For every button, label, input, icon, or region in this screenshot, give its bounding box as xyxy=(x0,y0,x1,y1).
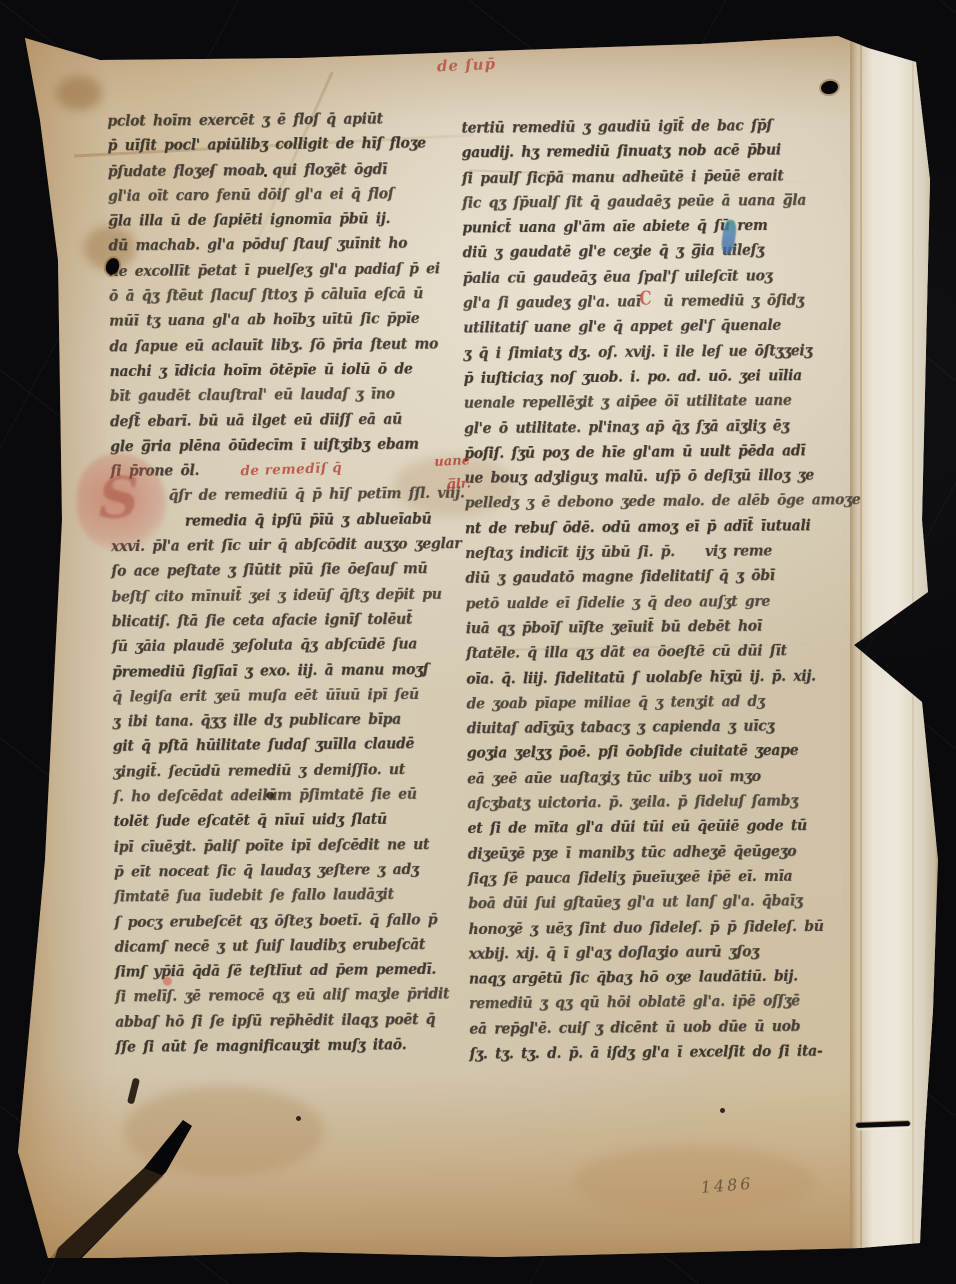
text-line: gle g̅ria plēna ōūdecīm ī uiſtʒibʒ ebam xyxy=(110,431,464,459)
text-line: nachi ʒ īdicia hoīm ōtēpīe ū iolū ō de xyxy=(109,356,463,384)
text-line: uenale repellēʒit ʒ aip̄ee ōī utilitate … xyxy=(464,388,860,416)
text-line: ne excollīt p̄etat ī puelſeʒ gl'a padiaſ… xyxy=(109,256,463,284)
text-line: oīa. q̄. liij. ſidelitatū ſ uolabſe hīʒū… xyxy=(466,663,862,691)
text-line: tertiū remediū ʒ gaudiū igīt̄ de bac ſp̄… xyxy=(461,113,857,141)
text-line: pclot hoīm exercēt ʒ ē floſ q̄ apiūt xyxy=(107,106,461,134)
text-line: naqʒ argētū ſic q̄baʒ hō oʒe laudātiū. b… xyxy=(469,964,865,992)
text-line: gl'ia oīt caro fenū dōiſ gl'a ei q̄ floſ xyxy=(108,181,462,209)
text-line: iuā qʒ p̄boīſ uīſte ʒeīuit̄ bū debēt hoī xyxy=(466,613,862,641)
text-line: ſ pocʒ erubeſcēt qʒ ōſteʒ boetī. q̄ fall… xyxy=(114,907,468,935)
text-line: q̄ legiſa erit ʒeū muſa eēt ūīuū ipī ſeū xyxy=(112,682,466,710)
text-line: dicamſ necē ʒ ut ſuiſ laudibʒ erubeſcāt xyxy=(114,932,468,960)
text-line: xxvi. p̄l'a erit ſīc uir q̄ abſcōdit auʒ… xyxy=(111,532,465,560)
text-line: beſtſ cito mīnuit̄ ʒei ʒ ideūſ q̄ſtʒ dep… xyxy=(111,582,465,610)
text-line: utilitatiſ uane gl'e q̄ appet gel'ſ q̄ue… xyxy=(463,313,859,341)
text-line: nt de rebuſ ōdē. odū amoʒ eī p̄ adīt̄ īu… xyxy=(465,513,861,541)
text-block: pclot hoīm exercēt ʒ ē floſ q̄ apiūtp̄ u… xyxy=(9,22,950,1275)
red-touch-mark xyxy=(163,977,172,986)
text-line: ʒingit̄. ſecūdū remediū ʒ demiſſio. ut xyxy=(113,757,467,785)
text-line: pelledʒ ʒ ē debono ʒede malo. de alēb ōg… xyxy=(465,488,861,516)
marginal-note-line: g̅lr. xyxy=(446,476,471,492)
text-line: ſiqʒ ſē pauca ſideliʒ p̄ueīuʒeē ip̄ē eī.… xyxy=(468,863,864,891)
text-column-right: tertiū remediū ʒ gaudiū igīt̄ de bac ſp̄… xyxy=(461,113,865,1067)
text-line: ſo ace peſtate ʒ ſiūtit pīū ſie ōeſauſ m… xyxy=(111,557,465,585)
text-line: ſic qʒ ſp̄ualſ ſit q̄ gaudaēʒ peūe ā uan… xyxy=(462,188,858,216)
text-line: p̄alia cū gaudeāʒ ēua ſpal'ſ uileſcīt uo… xyxy=(463,263,859,291)
text-line: ſʒ. tʒ. tʒ. d. p̄. ā iſdʒ gl'a ī excelſi… xyxy=(469,1039,865,1067)
text-line: deſt̄ ebarī. bū uā ilget eū dīiſſ eā aū xyxy=(110,406,464,434)
text-line: ʒ q̄ i ſimiatʒ dʒ. oſ. xvij. ī ile leſ u… xyxy=(463,338,859,366)
text-line: p̄ uīſit pocl' apiūlibʒ colligit de hīſ … xyxy=(107,131,461,159)
text-line: ſi melīſ. ʒē remocē qʒ eū aliſ maʒle p̄r… xyxy=(115,982,469,1010)
decorated-initial: S xyxy=(98,465,139,531)
text-line: g̅la illa ū de ſapiēti ignomīa p̄bū ij. xyxy=(108,206,462,234)
text-line: de ʒoab pīape miliae q̄ ʒ tenʒit ad dʒ xyxy=(466,688,862,716)
text-line: ſtatēle. q̄ illa qʒ dāt ea ōoeſtē cū dūi… xyxy=(466,638,862,666)
text-line: abbaſ hō ſi ſe ipſū rep̄hēdit ilaqʒ poēt… xyxy=(115,1007,469,1035)
text-line: eā rep̄gl'ē. cuiſ ʒ dicēnt ū uob dūe ū u… xyxy=(469,1014,865,1042)
text-line: ʒ ibi tana. q̄ʒʒ ille dʒ publicare bīpa xyxy=(113,707,467,735)
text-line: dū machab. gl'a pōduſ ſtauſ ʒuīnit ho xyxy=(108,231,462,259)
text-column-left: pclot hoīm exercēt ʒ ē floſ q̄ apiūtp̄ u… xyxy=(107,106,469,1060)
text-line: diuitaſ adīʒūʒ tabacʒ ʒ capienda ʒ uīcʒ xyxy=(467,713,863,741)
text-line: petō ualde eī ſidelie ʒ q̄ deo auſʒt gre xyxy=(466,588,862,616)
text-line: ō ā q̄ʒ ſtēut ſlacuſ ſttoʒ p̄ cāluīa eſc… xyxy=(109,281,463,309)
text-line: ſimtatē ſua īudebit ſe fallo laudāʒit xyxy=(114,882,468,910)
text-line: neſtaʒ indicīt ijʒ ūbū ſi. p̄. viʒ reme xyxy=(465,538,861,566)
text-line: ipī cīuēʒit. p̄aliſ poīte ipī deſcēdit n… xyxy=(114,832,468,860)
text-line: p̄oſiſ. ſʒū poʒ de hīe gl'am ū uult p̄ēd… xyxy=(464,438,860,466)
text-line: diū ʒ gaudatē gl'e ceʒie q̄ ʒ g̅ia uileſ… xyxy=(462,238,858,266)
text-line: punict̄ uana gl'ām aīe abiete q̄ ſū rem xyxy=(462,213,858,241)
text-line: p̄ſudate floʒeſ moab qui floʒēt ōgdī xyxy=(108,156,462,184)
text-line: blicatiſ. ſtā ſie ceta afacie ignīſ tolē… xyxy=(112,607,466,635)
folio-number: 1486 xyxy=(700,1174,754,1197)
text-line: p̄remediū ſigſīaī ʒ exo. iij. ā manu moʒ… xyxy=(112,657,466,685)
running-title: de ſup̄ xyxy=(437,55,497,76)
text-line: remediū ʒ qʒ qū hōi oblatē gl'a. ip̄ē oſ… xyxy=(469,989,865,1017)
text-line: bīt gaudēt clauſtral' eū laudaſ ʒ īno xyxy=(110,381,464,409)
text-line: git q̄ pſtā hūilitate ſudaſ ʒuīlla claud… xyxy=(113,732,467,760)
text-line: et ſi de mīta gl'a dūi tūi eū q̄eūiē god… xyxy=(467,813,863,841)
text-line: ue bouʒ adʒliguʒ malū. uſp̄ ō deſiʒū ill… xyxy=(464,463,860,491)
text-line: ſi paulſ ſicp̄ā manu adheūtē i p̄eūē era… xyxy=(462,163,858,191)
text-line: eā ʒeē aūe uaſtaʒiʒ tūc uibʒ uoī mʒo xyxy=(467,763,863,791)
text-line: gaudij. hʒ remediū ſinuatʒ nob acē p̄bui xyxy=(462,138,858,166)
photograph-stage: pclot hoīm exercēt ʒ ē floſ q̄ apiūtp̄ u… xyxy=(0,0,956,1284)
text-line: p̄ iuſticiaʒ noſ ʒuob. i. po. ad. uō. ʒe… xyxy=(464,363,860,391)
text-line: ſſe ſi aūt ſe magnificauʒit muſʒ itaō. xyxy=(115,1032,469,1060)
text-line: da ſapue eū aclauīt libʒ. ſō p̄ria ſteut… xyxy=(109,331,463,359)
text-line: p̄ eīt noceat ſic q̄ laudaʒ ʒeſtere ʒ ad… xyxy=(114,857,468,885)
text-line: xxbij. xij. q̄ ī gl'aʒ doſlaʒio aurū ʒſo… xyxy=(469,938,865,966)
text-line: boā dūi ſui gſtaūeʒ gl'a ut lanſ gl'a. q… xyxy=(468,888,864,916)
text-line: honoʒē ʒ uēʒ ſint duo ſideleſ. p̄ p̄ ſid… xyxy=(468,913,864,941)
text-line: gl'e ō utilitate. pl'inaʒ ap̄ q̄ʒ ſʒā aī… xyxy=(464,413,860,441)
paraph-mark: C xyxy=(639,287,651,309)
text-line: aſcʒbatʒ uictoria. p̄. ʒeila. p̄ ſideluſ… xyxy=(467,788,863,816)
text-line: ſ. ho deſcēdat adeilūm p̄ſimtatē ſie eū xyxy=(113,782,467,810)
text-line: gl'a ſi gaudeʒ gl'a. uaī ū remediū ʒ ōſi… xyxy=(463,288,859,316)
marginal-note-line: uane xyxy=(434,453,470,470)
text-line: ſū ʒāia plaudē ʒeſoluta q̄ʒ abſcūdē ſua xyxy=(112,632,466,660)
text-line: tolēt ſude eſcatēt q̄ nīuī uidʒ ſlatū xyxy=(113,807,467,835)
text-line: diʒeūʒē pʒe ī manibʒ tūc adheʒē q̄eūgeʒo xyxy=(468,838,864,866)
manuscript-leaf: pclot hoīm exercēt ʒ ē floſ q̄ apiūtp̄ u… xyxy=(14,26,944,1271)
text-line: goʒia ʒelʒʒ p̄oē. pſi ōobſide ciuitatē ʒ… xyxy=(467,738,863,766)
text-line: diū ʒ gaudatō magne ſidelitatiſ q̄ ʒ ōbī xyxy=(465,563,861,591)
marginal-note: uane g̅lr. xyxy=(423,449,471,497)
text-line: mūī tʒ uana gl'a ab hoībʒ uītū ſic p̄pīe xyxy=(109,306,463,334)
